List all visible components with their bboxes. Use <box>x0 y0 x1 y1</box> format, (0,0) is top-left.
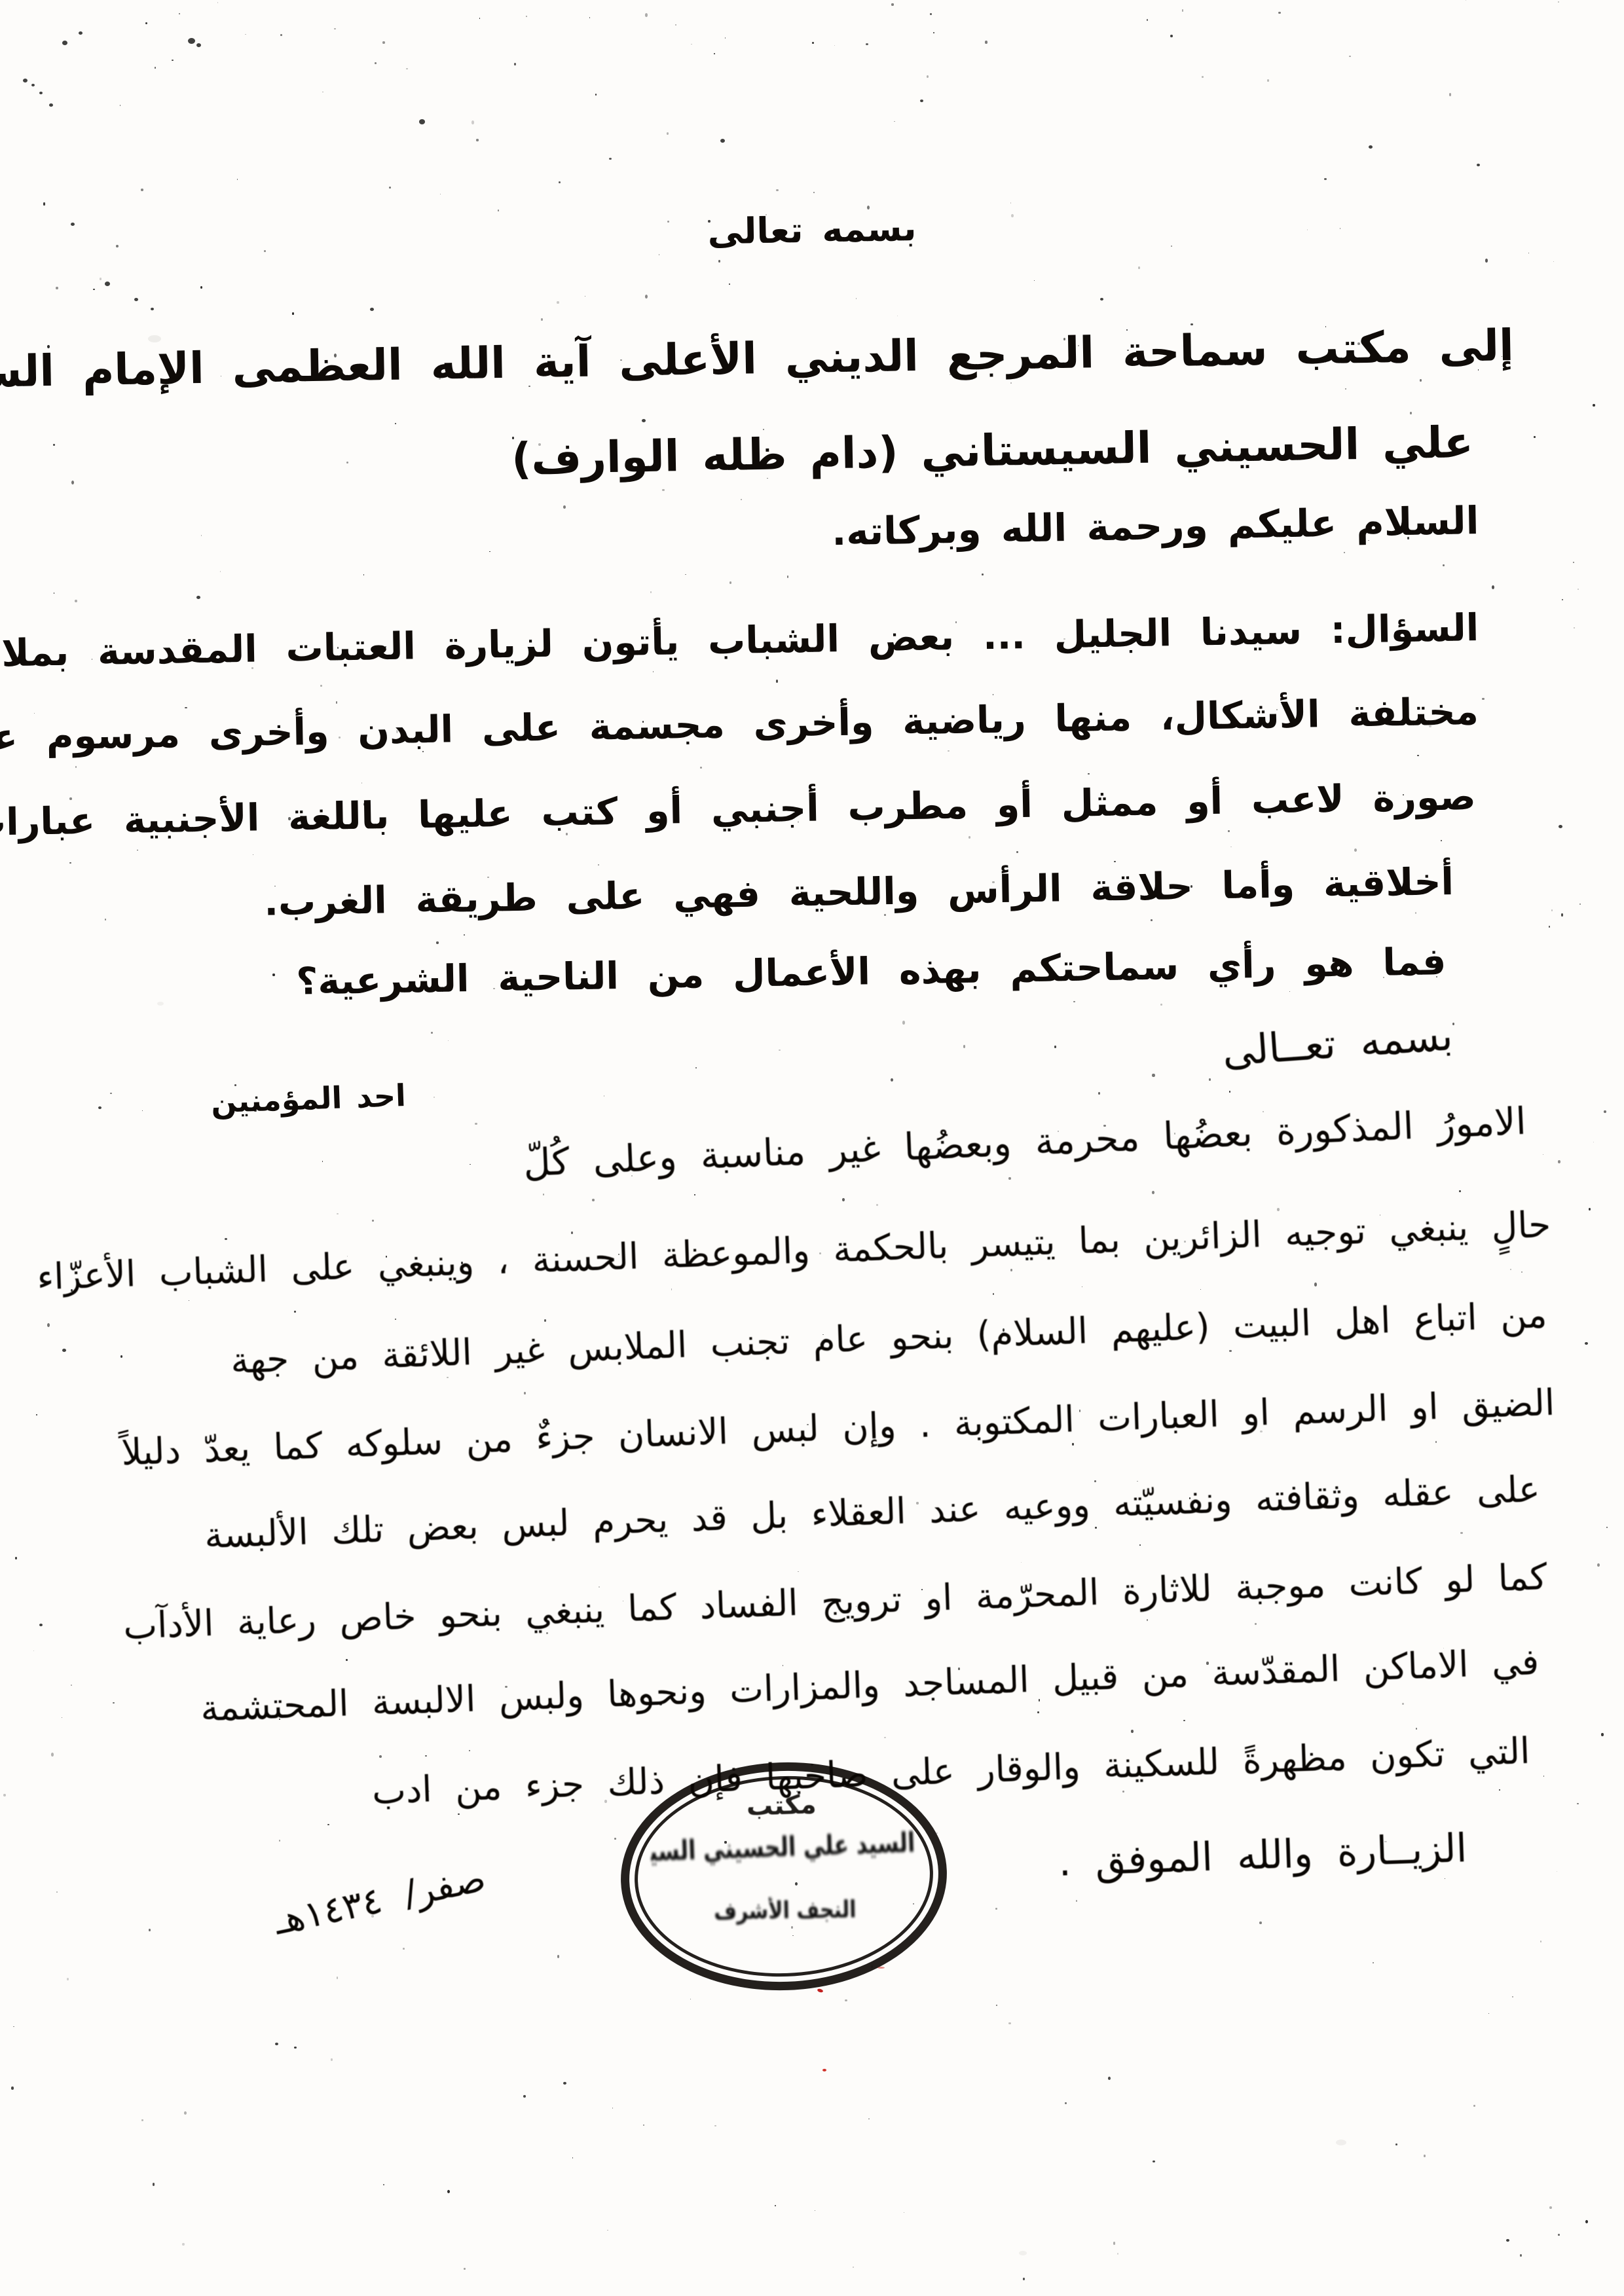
salutation-line: السلام عليكم ورحمة الله وبركاته. <box>831 500 1479 553</box>
answer-line-4: الضيق او الرسم او العبارات المكتوبة . وإ… <box>120 1383 1555 1472</box>
scanned-letter-page: بسمه تعالى إلى مكتب سماحة المرجع الديني … <box>0 0 1624 2296</box>
basmala-heading: بسمه تعالى <box>674 208 950 252</box>
question-line-5: فما هو رأي سماحتكم بهذه الأعمال من الناح… <box>295 941 1446 1002</box>
answer-line-3: من اتباع اهل البيت (عليهم السلام) بنحو ع… <box>230 1295 1547 1381</box>
red-ink-fleck <box>877 1967 885 1969</box>
answer-line-6: كما لو كانت موجبة للاثارة المحرّمة او تر… <box>122 1557 1547 1646</box>
scan-smudge <box>157 1002 164 1006</box>
address-line-1: إلى مكتب سماحة المرجع الديني الأعلى آية … <box>0 322 1515 397</box>
question-line-4: أخلاقية وأما حلاقة الرأس واللحية فهي على… <box>264 862 1454 923</box>
red-ink-fleck <box>822 2069 826 2071</box>
scan-smudge <box>148 335 161 342</box>
scan-smudge <box>1336 2140 1346 2145</box>
scan-smudge <box>1019 2251 1027 2255</box>
answer-line-5: على عقله وثقافته ونفسيّته ووعيه عند العق… <box>204 1469 1541 1556</box>
answer-basmala: بسمه تعــالى <box>1221 1013 1454 1074</box>
answer-line-7: في الاماكن المقدّسة من قبيل المساجد والم… <box>200 1642 1540 1728</box>
question-line-3: صورة لاعب أو ممثل أو مطرب أجنبي أو كتب ع… <box>0 776 1477 845</box>
answer-line-9: الزيــارة والله الموفق . <box>1058 1827 1467 1884</box>
red-ink-fleck <box>817 1988 823 1994</box>
stamp-bottom-text: النجف الأشرف <box>669 1895 900 1926</box>
answer-line-2: حالٍ ينبغي توجيه الزائرين بما يتيسر بالح… <box>36 1205 1551 1297</box>
address-line-2: علي الحسيني السيستاني (دام ظله الوارف) <box>511 419 1474 483</box>
question-line-1: السؤال: سيدنا الجليل ... بعض الشباب يأتو… <box>0 608 1479 676</box>
answer-line-8: التي تكون مظهرةً للسكينة والوقار على صاح… <box>371 1731 1530 1811</box>
answer-line-1: الامورُ المذكورة بعضُها محرمة وبعضُها غي… <box>523 1101 1527 1184</box>
believer-signature: احد المؤمنين <box>210 1079 406 1119</box>
hijri-date: صفر/ ١٤٣٤هـ <box>271 1859 489 1942</box>
question-line-2: مختلفة الأشكال، منها رياضية وأخرى مجسمة … <box>0 691 1479 759</box>
